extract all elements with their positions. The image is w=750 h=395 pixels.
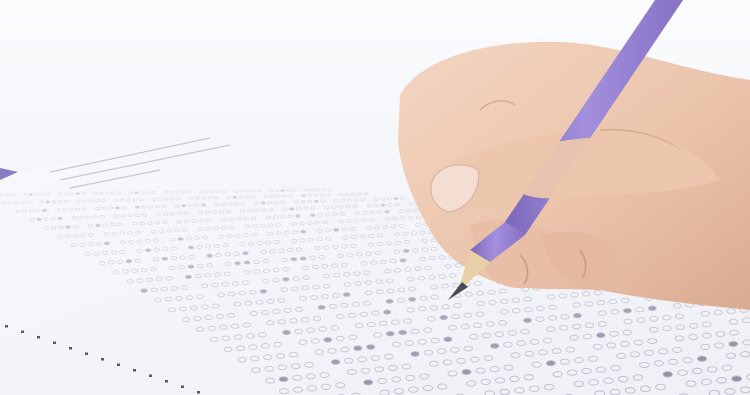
answer-sheet-illustration	[0, 0, 750, 395]
photo-scene	[0, 0, 750, 395]
